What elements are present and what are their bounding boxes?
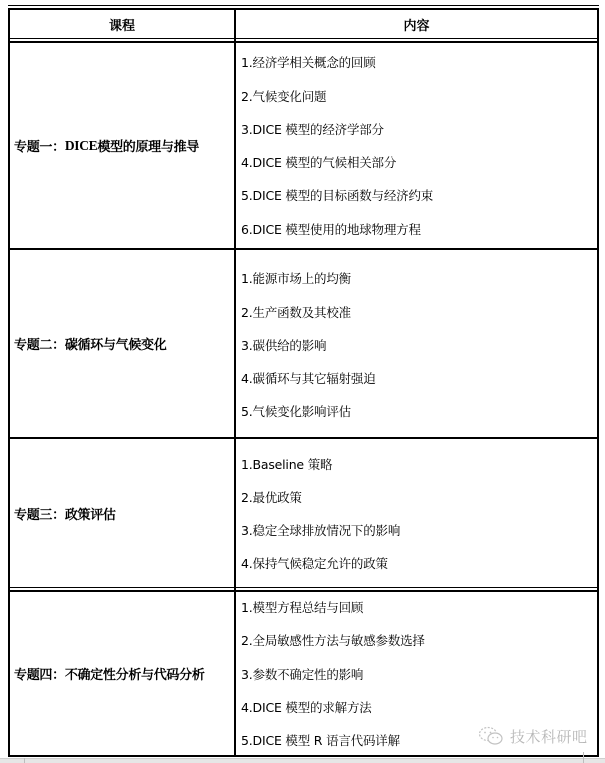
row3-bottom-rule-outer bbox=[8, 587, 599, 588]
list-item: 4.DICE 模型的求解方法 bbox=[241, 698, 372, 716]
table-bottom-rule bbox=[8, 755, 599, 757]
topic-1-prefix: 专题一： bbox=[14, 136, 65, 155]
topic-3-prefix: 专题三： bbox=[14, 504, 65, 523]
topic-3-suffix: 政策评估 bbox=[65, 504, 116, 523]
list-item: 1.经济学相关概念的回顾 bbox=[241, 53, 376, 71]
header-content: 内容 bbox=[236, 9, 597, 39]
table-right-border bbox=[597, 8, 599, 757]
topic-2: 专题二： 碳循环与气候变化 bbox=[14, 250, 232, 437]
list-item: 2.生产函数及其校准 bbox=[241, 303, 351, 321]
ruler-tick bbox=[583, 752, 584, 763]
list-item: 2.最优政策 bbox=[241, 488, 302, 506]
list-item: 1.模型方程总结与回顾 bbox=[241, 598, 363, 616]
topic-4: 专题四： 不确定性分析与代码分析 bbox=[14, 592, 232, 755]
topic-3: 专题三： 政策评估 bbox=[14, 439, 232, 587]
list-item: 4.DICE 模型的气候相关部分 bbox=[241, 153, 396, 171]
list-item: 4.保持气候稳定允许的政策 bbox=[241, 554, 388, 572]
list-item: 6.DICE 模型使用的地球物理方程 bbox=[241, 220, 421, 238]
topic-1: 专题一： DICE 模型的原理与推导 bbox=[14, 43, 232, 248]
topic-1-latin: DICE bbox=[65, 138, 98, 154]
list-item: 3.碳供给的影响 bbox=[241, 336, 326, 354]
bottom-strip bbox=[0, 758, 605, 763]
topic-2-suffix: 碳循环与气候变化 bbox=[65, 334, 167, 353]
ruler-tick bbox=[24, 758, 25, 763]
list-item: 3.稳定全球排放情况下的影响 bbox=[241, 521, 400, 539]
topic-1-suffix: 模型的原理与推导 bbox=[97, 136, 199, 155]
list-item: 1.Baseline 策略 bbox=[241, 455, 332, 473]
watermark: 技术科研吧 bbox=[478, 725, 588, 747]
list-item: 3.参数不确定性的影响 bbox=[241, 665, 363, 683]
topic-4-prefix: 专题四： bbox=[14, 664, 65, 683]
list-item: 2.全局敏感性方法与敏感参数选择 bbox=[241, 631, 425, 649]
table-left-border bbox=[8, 8, 10, 757]
wechat-icon bbox=[478, 726, 504, 746]
header-course: 课程 bbox=[10, 9, 234, 39]
list-item: 4.碳循环与其它辐射强迫 bbox=[241, 369, 376, 387]
list-item: 3.DICE 模型的经济学部分 bbox=[241, 120, 384, 138]
list-item: 5.气候变化影响评估 bbox=[241, 402, 351, 420]
column-divider bbox=[234, 8, 236, 757]
list-item: 2.气候变化问题 bbox=[241, 87, 326, 105]
course-table-page: 课程 内容 专题一： DICE 模型的原理与推导 1.经济学相关概念的回顾 2.… bbox=[0, 0, 605, 763]
list-item: 5.DICE 模型 R 语言代码详解 bbox=[241, 731, 400, 749]
list-item: 1.能源市场上的均衡 bbox=[241, 269, 351, 287]
topic-2-prefix: 专题二： bbox=[14, 334, 65, 353]
list-item: 5.DICE 模型的目标函数与经济约束 bbox=[241, 186, 433, 204]
topic-4-suffix: 不确定性分析与代码分析 bbox=[65, 664, 205, 683]
watermark-text: 技术科研吧 bbox=[510, 726, 588, 747]
table-top-rule-outer bbox=[8, 5, 599, 6]
